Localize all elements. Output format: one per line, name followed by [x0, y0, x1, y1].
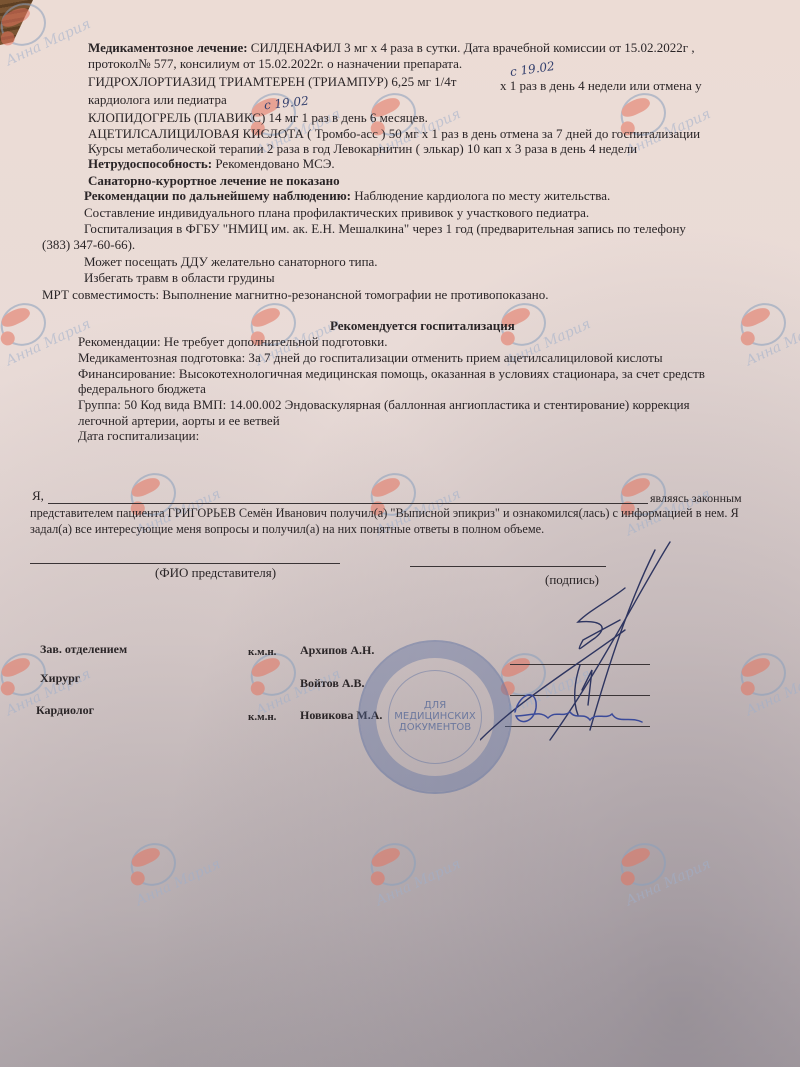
disability-line: Нетрудоспособность: Рекомендовано МСЭ.: [88, 156, 335, 172]
signatory-degree-cardiologist: к.м.н.: [248, 710, 276, 726]
hospitalization-title: Рекомендуется госпитализация: [330, 318, 515, 334]
medication-line-7: Курсы метаболической терапии 2 раза в го…: [88, 141, 637, 157]
medication-label: Медикаментозное лечение:: [88, 40, 248, 55]
hospitalization-line-5: Группа: 50 Код вида ВМП: 14.00.002 Эндов…: [78, 397, 690, 413]
consent-suffix: являясь законным: [650, 491, 742, 507]
representative-signature-line[interactable]: [410, 566, 606, 567]
stamp-text: ДЛЯ МЕДИЦИНСКИХ ДОКУМЕНТОВ: [360, 700, 510, 733]
mri-compatibility: МРТ совместимость: Выполнение магнитно-р…: [42, 287, 549, 303]
representative-name-field[interactable]: [48, 503, 648, 504]
hospitalization-line-3: Финансирование: Высокотехнологичная меди…: [78, 366, 705, 382]
consent-line-3: задал(а) все интересующие меня вопросы и…: [30, 522, 544, 538]
signatory-degree-head: к.м.н.: [248, 645, 276, 661]
followup-line-5: Может посещать ДДУ желательно санаторног…: [84, 254, 378, 270]
medication-line-3b: х 1 раз в день 4 недели или отмена у: [500, 78, 702, 94]
discharge-document: Медикаментозное лечение: СИЛДЕНАФИЛ 3 мг…: [0, 0, 800, 1067]
signatory-name-surgeon: Войтов А.В.: [300, 676, 365, 692]
hospitalization-line-6: легочной артерии, аорты и ее ветвей: [78, 413, 280, 429]
hospitalization-line-1: Рекомендации: Не требует дополнительной …: [78, 334, 388, 350]
followup-line-6: Избегать травм в области грудины: [84, 270, 275, 286]
medication-line-3a: ГИДРОХЛОРТИАЗИД ТРИАМТЕРЕН (ТРИАМПУР) 6,…: [88, 74, 456, 90]
consent-prefix: Я,: [32, 488, 44, 504]
medication-line-1: Медикаментозное лечение: СИЛДЕНАФИЛ 3 мг…: [88, 40, 695, 56]
hospitalization-line-4: федерального бюджета: [78, 381, 206, 397]
cardiologist-signature-line: [505, 726, 650, 727]
surgeon-signature-line: [510, 695, 650, 696]
followup-line-4: (383) 347-60-66).: [42, 237, 135, 253]
fio-signature-line[interactable]: [30, 563, 340, 564]
hospitalization-line-2: Медикаментозная подготовка: За 7 дней до…: [78, 350, 663, 366]
sanatorium-line: Санаторно-курортное лечение не показано: [88, 173, 340, 189]
signatory-role-head: Зав. отделением: [40, 642, 127, 658]
signatory-role-surgeon: Хирург: [40, 671, 80, 687]
medication-line-5: КЛОПИДОГРЕЛЬ (ПЛАВИКС) 14 мг 1 раз в ден…: [88, 110, 428, 126]
medication-line-4: кардиолога или педиатра: [88, 92, 227, 108]
consent-line-2: представителем пациента ГРИГОРЬЕВ Семён …: [30, 506, 739, 522]
followup-line-2: Составление индивидуального плана профил…: [84, 205, 589, 221]
signature-caption: (подпись): [545, 572, 599, 588]
medication-line-6: АЦЕТИЛСАЛИЦИЛОВАЯ КИСЛОТА ( Тромбо-асс )…: [88, 126, 700, 142]
followup-line-1: Рекомендации по дальнейшему наблюдению: …: [84, 188, 610, 204]
signatory-role-cardiologist: Кардиолог: [36, 703, 94, 719]
hospitalization-date-label: Дата госпитализации:: [78, 428, 199, 444]
official-stamp: ДЛЯ МЕДИЦИНСКИХ ДОКУМЕНТОВ: [358, 640, 512, 794]
head-signature-line: [510, 664, 650, 665]
fio-caption: (ФИО представителя): [155, 565, 276, 581]
signatory-name-head: Архипов А.Н.: [300, 643, 374, 659]
medication-line-2: протокол№ 577, консилиум от 15.02.2022г.…: [88, 56, 462, 72]
followup-line-3: Госпитализация в ФГБУ "НМИЦ им. ак. Е.Н.…: [84, 221, 686, 237]
